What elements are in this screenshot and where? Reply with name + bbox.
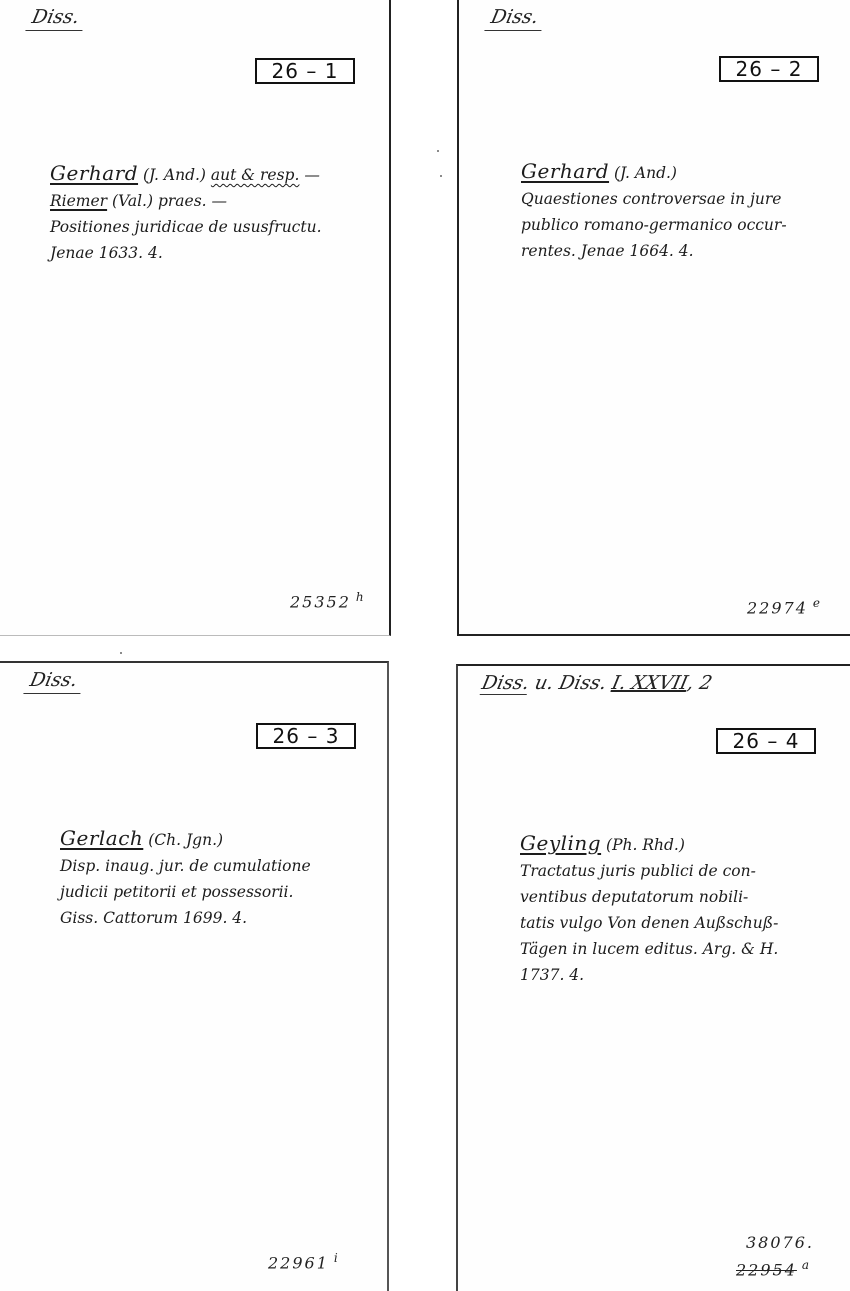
catalog-card-1: Diss. 26 – 1 Gerhard (J. And.) aut & res… [0, 0, 391, 636]
catalog-entry: Gerhard (J. And.) Quaestiones controvers… [521, 158, 787, 264]
entry-line-2: Disp. inaug. jur. de cumulatione [60, 853, 311, 879]
entry-line-6: 1737. 4. [520, 962, 778, 988]
role-text: aut & resp. [211, 166, 300, 184]
accession-value: 38076. [736, 1232, 814, 1254]
entry-line-1: Gerhard (J. And.) aut & resp. — [50, 160, 322, 188]
catalog-entry: Geyling (Ph. Rhd.) Tractatus juris publi… [520, 830, 778, 988]
accession-suffix: e [813, 596, 820, 610]
heading-initials: (Ph. Rhd.) [606, 836, 685, 854]
scan-speck [440, 175, 442, 177]
category-mark-tail: , 2 [685, 672, 714, 694]
entry-line-1: Gerhard (J. And.) [521, 158, 787, 186]
scan-speck [437, 150, 439, 152]
heading-initials: (Ch. Jgn.) [148, 831, 223, 849]
catalog-card-4: Diss. u. Diss. I. XXVII, 2 26 – 4 Geylin… [456, 664, 850, 1291]
heading-name: Gerhard [521, 159, 609, 183]
accession-old-value: 22954a [736, 1254, 814, 1281]
entry-line-4: Giss. Cattorum 1699. 4. [60, 905, 311, 931]
entry-line-5: Tägen in lucem editus. Arg. & H. [520, 936, 778, 962]
praeses-name: Riemer [50, 192, 107, 210]
entry-line-3: publico romano-germanico occur- [521, 212, 787, 238]
heading-name: Gerhard [50, 161, 138, 185]
accession-number: 22974e [747, 596, 820, 617]
accession-value: 22961 [268, 1253, 329, 1272]
accession-value: 22974 [747, 598, 808, 617]
category-mark-extra: u. Diss. [533, 672, 609, 694]
entry-line-4: tatis vulgo Von denen Außschuß- [520, 910, 778, 936]
entry-line-4: rentes. Jenae 1664. 4. [521, 238, 787, 264]
entry-line-1: Gerlach (Ch. Jgn.) [60, 825, 311, 853]
entry-line-4: Jenae 1633. 4. [50, 240, 322, 266]
heading-name: Gerlach [60, 826, 143, 850]
role-suffix: — [299, 166, 319, 184]
entry-line-1: Geyling (Ph. Rhd.) [520, 830, 778, 858]
scan-speck [120, 652, 122, 654]
catalog-card-2: Diss. 26 – 2 Gerhard (J. And.) Quaestion… [457, 0, 850, 636]
category-mark: Diss. [25, 6, 87, 31]
entry-line-2: Riemer (Val.) praes. — [50, 188, 322, 214]
category-mark: Diss. u. Diss. I. XXVII, 2 [475, 672, 720, 696]
category-mark: Diss. [484, 6, 546, 31]
heading-name: Geyling [520, 831, 601, 855]
category-mark: Diss. [23, 669, 85, 694]
entry-line-2: Quaestiones controversae in jure [521, 186, 787, 212]
category-mark-primary: Diss. [480, 672, 532, 695]
entry-line-2: Tractatus juris publici de con- [520, 858, 778, 884]
accession-suffix: h [356, 590, 364, 604]
entry-line-3: judicii petitorii et possessorii. [60, 879, 311, 905]
shelf-mark-box: 26 – 3 [256, 723, 356, 749]
heading-initials: (J. And.) [614, 164, 677, 182]
praeses-rest: (Val.) praes. — [112, 192, 227, 210]
entry-line-3: ventibus deputatorum nobili- [520, 884, 778, 910]
catalog-entry: Gerlach (Ch. Jgn.) Disp. inaug. jur. de … [60, 825, 311, 931]
accession-number: 25352h [290, 590, 364, 611]
accession-number: 38076. 22954a [736, 1232, 814, 1281]
entry-line-3: Positiones juridicae de ususfructu. [50, 214, 322, 240]
category-mark-volume: I. XXVII [610, 672, 690, 694]
shelf-mark-box: 26 – 4 [716, 728, 816, 754]
catalog-entry: Gerhard (J. And.) aut & resp. — Riemer (… [50, 160, 322, 266]
catalog-card-3: Diss. 26 – 3 Gerlach (Ch. Jgn.) Disp. in… [0, 661, 389, 1291]
heading-initials: (J. And.) [143, 166, 206, 184]
accession-number: 22961i [268, 1251, 338, 1272]
accession-suffix: a [802, 1258, 809, 1272]
shelf-mark-box: 26 – 1 [255, 58, 355, 84]
accession-suffix: i [334, 1251, 338, 1265]
accession-struck-value: 22954 [736, 1260, 797, 1279]
accession-value: 25352 [290, 592, 351, 611]
shelf-mark-box: 26 – 2 [719, 56, 819, 82]
